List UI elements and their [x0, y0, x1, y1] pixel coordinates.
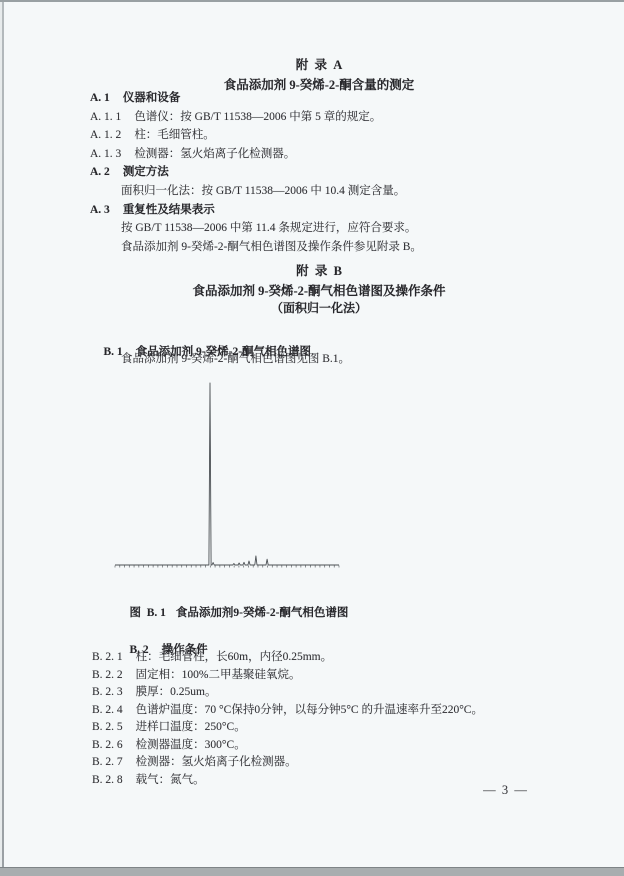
appendix-a-body: A. 1仪器和设备A. 1. 1色谱仪：按 GB/T 11538—2006 中第…: [0, 89, 624, 256]
clause-label: B. 2. 8: [92, 774, 123, 786]
clause-label: B. 2. 2: [92, 669, 123, 681]
clause-label: A. 1. 1: [90, 111, 121, 123]
appendix-a-line: A. 2测定方法: [0, 163, 624, 182]
clause-label: A. 2: [90, 166, 110, 178]
appendix-a-line: A. 1. 3检测器：氢火焰离子化检测器。: [0, 145, 624, 164]
clause-label: A. 1: [90, 92, 110, 104]
figure-caption: 图 B. 1食品添加剂9-癸烯-2-酮气相色谱图: [118, 592, 348, 632]
clause-text: 仪器和设备: [123, 92, 181, 104]
clause-text: 柱：毛细管柱，长60m，内径0.25mm。: [136, 651, 332, 663]
appendix-a-line: A. 1. 1色谱仪：按 GB/T 11538—2006 中第 5 章的规定。: [0, 108, 624, 127]
appendix-a-heading: 附 录 A: [30, 55, 608, 73]
appendix-b-operating-conditions: B. 2. 1柱：毛细管柱，长60m，内径0.25mm。B. 2. 2固定相：1…: [0, 649, 624, 789]
clause-label: B. 1: [104, 346, 123, 358]
chromatogram-figure: [110, 376, 346, 574]
time-axis-ticks: [115, 566, 339, 568]
clause-text: 色谱仪：按 GB/T 11538—2006 中第 5 章的规定。: [134, 111, 381, 123]
clause-label: A. 1. 2: [90, 129, 121, 141]
clause-label: B. 2. 7: [92, 756, 123, 768]
clause-text: 载气：氮气。: [136, 774, 205, 786]
clause-text: 重复性及结果表示: [123, 204, 215, 216]
appendix-b-title: 食品添加剂 9-癸烯-2-酮气相色谱图及操作条件: [30, 281, 608, 299]
clause-text: 食品添加剂 9-癸烯-2-酮气相色谱图及操作条件参见附录 B。: [121, 241, 422, 253]
chromatogram-trace: [115, 383, 339, 565]
appendix-a-line: A. 1. 2柱：毛细管柱。: [0, 126, 624, 145]
scan-edge-top: [0, 0, 624, 2]
appendix-b-line: B. 2. 2固定相：100%二甲基聚硅氧烷。: [0, 667, 624, 685]
clause-text: 检测器：氢火焰离子化检测器。: [136, 756, 297, 768]
appendix-a-line: 按 GB/T 11538—2006 中第 11.4 条规定进行，应符合要求。: [0, 219, 624, 238]
figure-caption-label: 图 B. 1: [130, 607, 166, 619]
clause-label: B. 2. 5: [92, 721, 123, 733]
clause-text: 测定方法: [123, 166, 169, 178]
scanned-page: 附 录 A 食品添加剂 9-癸烯-2-酮含量的测定 A. 1仪器和设备A. 1.…: [0, 0, 624, 876]
appendix-b-line: B. 2. 1柱：毛细管柱，长60m，内径0.25mm。: [0, 649, 624, 667]
appendix-b-heading: 附 录 B: [30, 261, 608, 279]
appendix-b-line: B. 2. 6检测器温度：300°C。: [0, 737, 624, 755]
clause-text: 检测器：氢火焰离子化检测器。: [134, 148, 295, 160]
scan-edge-bottom: [0, 867, 624, 876]
appendix-a-line: 食品添加剂 9-癸烯-2-酮气相色谱图及操作条件参见附录 B。: [0, 238, 624, 257]
clause-text: 膜厚：0.25um。: [136, 686, 217, 698]
clause-text: 固定相：100%二甲基聚硅氧烷。: [136, 669, 301, 681]
clause-text: 面积归一化法：按 GB/T 11538—2006 中 10.4 测定含量。: [121, 185, 405, 197]
clause-label: B. 2. 4: [92, 704, 123, 716]
page-number: — 3 —: [455, 783, 555, 798]
clause-text: 进样口温度：250°C。: [136, 721, 246, 733]
clause-text: 检测器温度：300°C。: [136, 739, 246, 751]
clause-b1-text: 食品添加剂 9-癸烯-2-酮气相色谱图见图 B.1。: [121, 350, 350, 366]
clause-label: A. 3: [90, 204, 110, 216]
clause-label: B. 2. 3: [92, 686, 123, 698]
appendix-b-line: B. 2. 7检测器：氢火焰离子化检测器。: [0, 754, 624, 772]
appendix-b-line: B. 2. 5进样口温度：250°C。: [0, 719, 624, 737]
clause-text: 按 GB/T 11538—2006 中第 11.4 条规定进行，应符合要求。: [121, 222, 416, 234]
appendix-b-line: B. 2. 3膜厚：0.25um。: [0, 684, 624, 702]
appendix-b-subtitle: （面积归一化法）: [30, 299, 608, 316]
appendix-a-line: 面积归一化法：按 GB/T 11538—2006 中 10.4 测定含量。: [0, 182, 624, 201]
clause-label: A. 1. 3: [90, 148, 121, 160]
appendix-a-line: A. 3重复性及结果表示: [0, 201, 624, 220]
clause-text: 柱：毛细管柱。: [134, 129, 215, 141]
appendix-a-line: A. 1仪器和设备: [0, 89, 624, 108]
appendix-b-line: B. 2. 4色谱炉温度：70 °C保持0分钟，以每分钟5°C 的升温速率升至2…: [0, 702, 624, 720]
clause-text: 色谱炉温度：70 °C保持0分钟，以每分钟5°C 的升温速率升至220°C。: [136, 704, 483, 716]
clause-label: B. 2. 6: [92, 739, 123, 751]
figure-caption-text: 食品添加剂9-癸烯-2-酮气相色谱图: [176, 607, 349, 619]
clause-label: B. 2. 1: [92, 651, 123, 663]
